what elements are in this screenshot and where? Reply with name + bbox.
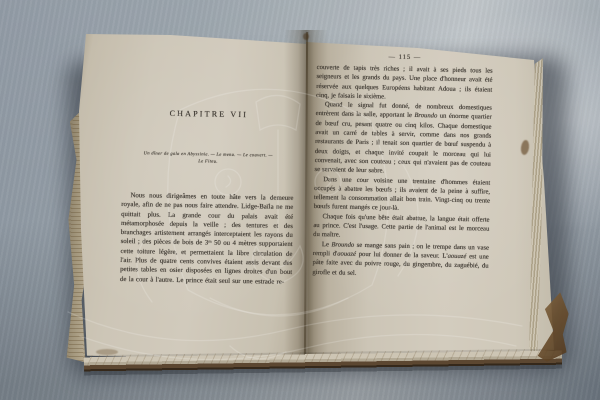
right-page: — 115 — couverte de tapis très riches ; …	[300, 30, 562, 368]
right-page-paragraph: couverte de tapis très riches ; il avait…	[316, 63, 493, 104]
left-page: CHAPITRE VII Un dîner de gala en Abyssin…	[78, 26, 310, 366]
right-page-paragraph: Chaque fois qu'une bête était abattue, l…	[313, 212, 490, 244]
chapter-summary: Un dîner de gala en Abyssinie. — Le menu…	[122, 150, 294, 166]
chapter-heading: CHAPITRE VII	[123, 108, 295, 120]
stain-mark	[303, 33, 309, 40]
left-page-body: Nous nous dirigeâmes en toute hâte vers …	[120, 191, 294, 287]
left-page-text-block: CHAPITRE VII Un dîner de gala en Abyssin…	[120, 108, 295, 287]
right-page-paragraph: Dans une cour voisine une trentaine d'ho…	[314, 175, 491, 216]
right-page-paragraph: Le Broundo se mange sans pain ; on le tr…	[312, 240, 489, 281]
right-page-paragraph: Quand le signal fut donné, de nombreux d…	[314, 100, 492, 178]
photo-open-book: CHAPITRE VII Un dîner de gala en Abyssin…	[0, 0, 600, 400]
stain-mark	[96, 349, 118, 355]
page-number: — 115 —	[317, 52, 493, 63]
right-page-text-block: — 115 — couverte de tapis très riches ; …	[312, 52, 493, 280]
